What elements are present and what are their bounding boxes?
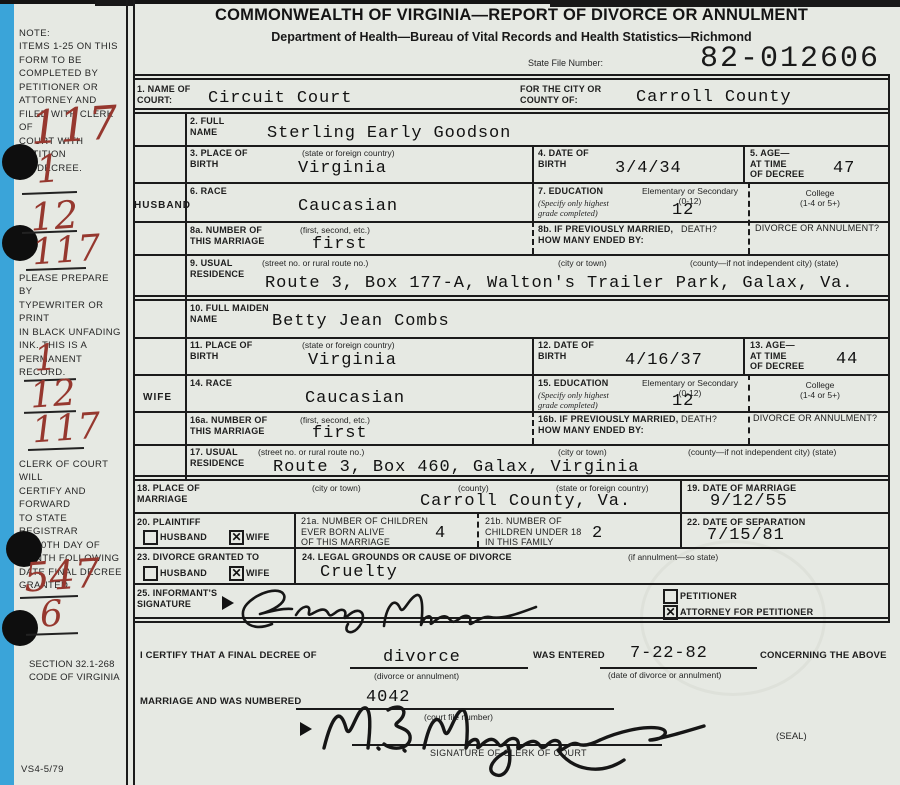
court-for-label: FOR THE CITY OR COUNTY OF:	[520, 84, 601, 105]
husband-age-label: 5. AGE— AT TIME OF DECREE	[750, 148, 804, 180]
wife-education-label: 15. EDUCATION	[538, 378, 608, 389]
wife-race-label: 14. RACE	[190, 378, 232, 389]
form-grid-line	[133, 182, 890, 184]
decree-type-sub: (divorce or annulment)	[374, 671, 459, 681]
husband-dob-label: 4. DATE OF BIRTH	[538, 148, 589, 169]
legal-grounds-sub: (if annulment—so state)	[628, 552, 718, 562]
form-grid-line	[133, 444, 890, 446]
plaintiff-wife-label: WIFE	[246, 532, 270, 542]
state-file-number-value: 82-012606	[700, 42, 880, 76]
husband-race-value: Caucasian	[298, 197, 398, 216]
form-grid-line	[477, 512, 479, 547]
form-grid-line	[680, 479, 682, 547]
signature-arrow-icon	[222, 596, 234, 610]
granted-husband-label: HUSBAND	[160, 568, 207, 578]
wife-birthplace-value: Virginia	[308, 351, 397, 370]
attorney-checkbox: ✕	[663, 605, 678, 620]
wife-age-label: 13. AGE— AT TIME OF DECREE	[750, 340, 804, 372]
form-title: COMMONWEALTH OF VIRGINIA—REPORT OF DIVOR…	[133, 6, 890, 25]
form-grid-line	[743, 337, 745, 374]
marriage-date-value: 9/12/55	[710, 492, 788, 511]
form-grid-line	[133, 299, 890, 301]
punch-hole	[2, 610, 38, 646]
decree-type-value: divorce	[383, 648, 461, 667]
divorce-report-scan: NOTE: ITEMS 1-25 ON THIS FORM TO BE COMP…	[0, 0, 900, 785]
children-under18-label: 21b. NUMBER OF CHILDREN UNDER 18 IN THIS…	[485, 516, 581, 548]
informant-signature-label: 25. INFORMANT'S SIGNATURE	[137, 588, 217, 609]
decree-date-sub: (date of divorce or annulment)	[608, 670, 721, 680]
form-grid-line	[133, 108, 890, 110]
marriage-place-value: Carroll County, Va.	[420, 492, 631, 511]
form-grid-line	[133, 74, 890, 76]
wife-section-label: WIFE	[143, 392, 172, 403]
decree-date-line	[600, 667, 757, 669]
clerk-signature	[312, 698, 712, 785]
children-under18-value: 2	[592, 524, 603, 543]
wife-residence-sub-city: (city or town)	[558, 447, 607, 457]
wife-prev-death-label: DEATH?	[681, 414, 717, 425]
plaintiff-wife-checkbox: ✕	[229, 530, 244, 545]
attorney-label: ATTORNEY FOR PETITIONER	[680, 607, 813, 617]
form-grid-line	[532, 411, 534, 444]
handwritten-number: 1	[35, 149, 62, 189]
wife-education-elementary-value: 12	[672, 392, 694, 411]
wife-residence-sub-county: (county—if not independent city) (state)	[688, 447, 836, 457]
husband-name-label: 2. FULL NAME	[190, 116, 224, 137]
husband-residence-sub-city: (city or town)	[558, 258, 607, 268]
wife-race-value: Caucasian	[305, 389, 405, 408]
seal-label: (SEAL)	[776, 731, 807, 742]
form-grid-line	[133, 337, 890, 339]
handwritten-number: 117	[31, 231, 102, 272]
marriage-place-sub-city: (city or town)	[312, 483, 361, 493]
husband-residence-sub-street: (street no. or rural route no.)	[262, 258, 368, 268]
handwritten-number: 6	[39, 596, 64, 634]
handwritten-number: 117	[31, 409, 102, 450]
wife-residence-value: Route 3, Box 460, Galax, Virginia	[273, 458, 639, 477]
husband-residence-value: Route 3, Box 177-A, Walton's Trailer Par…	[265, 274, 853, 293]
marriage-numbered-label: MARRIAGE AND WAS NUMBERED	[140, 696, 301, 707]
wife-education-sub: (Specify only highest grade completed)	[538, 390, 609, 410]
husband-prev-divorce-label: DIVORCE OR ANNULMENT?	[755, 223, 879, 234]
wife-birthplace-label: 11. PLACE OF BIRTH	[190, 340, 252, 361]
form-grid-line	[743, 145, 745, 182]
plaintiff-husband-label: HUSBAND	[160, 532, 207, 542]
state-file-number-label: State File Number:	[528, 58, 603, 69]
form-grid-line	[133, 374, 890, 376]
wife-residence-label: 17. USUAL RESIDENCE	[190, 447, 244, 468]
wife-birthplace-sub: (state or foreign country)	[302, 340, 395, 350]
husband-name-value: Sterling Early Goodson	[267, 124, 511, 143]
form-grid-line	[532, 145, 534, 221]
wife-dob-value: 4/16/37	[625, 351, 703, 370]
husband-prev-death-label: DEATH?	[681, 224, 717, 235]
petitioner-checkbox	[663, 589, 678, 604]
margin-form-code: VS4-5/79	[21, 763, 64, 776]
court-name-label: 1. NAME OF COURT:	[137, 84, 191, 105]
handwritten-number: 117	[29, 99, 120, 151]
granted-wife-checkbox: ✕	[229, 566, 244, 581]
children-born-value: 4	[435, 524, 446, 543]
court-name-value: Circuit Court	[208, 89, 352, 108]
decree-date-value: 7-22-82	[630, 644, 708, 663]
court-for-value: Carroll County	[636, 88, 791, 107]
handwritten-number: 1	[33, 340, 58, 378]
husband-previously-married-label: 8b. IF PREVIOUSLY MARRIED, HOW MANY ENDE…	[538, 224, 673, 245]
form-grid-line	[294, 512, 296, 583]
form-grid-line	[888, 74, 890, 623]
husband-marriage-number-value: first	[312, 235, 368, 254]
wife-residence-sub-street: (street no. or rural route no.)	[258, 447, 364, 457]
husband-marriage-number-sub: (first, second, etc.)	[300, 225, 370, 235]
plaintiff-husband-checkbox	[143, 530, 158, 545]
husband-birthplace-value: Virginia	[298, 159, 387, 178]
wife-age-value: 44	[836, 350, 858, 369]
handwritten-number: 547	[23, 553, 102, 598]
margin-section-code: SECTION 32.1-268 CODE OF VIRGINIA	[29, 658, 135, 685]
husband-education-elementary-value: 12	[672, 201, 694, 220]
was-entered-label: WAS ENTERED	[533, 650, 605, 661]
wife-marriage-number-value: first	[312, 424, 368, 443]
form-grid-line	[133, 254, 890, 256]
husband-residence-label: 9. USUAL RESIDENCE	[190, 258, 244, 279]
husband-race-label: 6. RACE	[190, 186, 227, 197]
form-grid-line	[133, 145, 890, 147]
husband-education-college-label: College (1-4 or 5+)	[765, 188, 875, 208]
wife-name-value: Betty Jean Combs	[272, 312, 450, 331]
legal-grounds-label: 24. LEGAL GROUNDS OR CAUSE OF DIVORCE	[302, 552, 512, 563]
wife-previously-married-label: 16b. IF PREVIOUSLY MARRIED, HOW MANY END…	[538, 414, 678, 435]
husband-birthplace-label: 3. PLACE OF BIRTH	[190, 148, 248, 169]
form-grid-line	[133, 479, 890, 481]
scan-left-blue-strip	[0, 0, 14, 785]
concerning-label: CONCERNING THE ABOVE	[760, 650, 887, 661]
form-grid-line	[185, 112, 187, 479]
divorce-granted-label: 23. DIVORCE GRANTED TO	[137, 552, 259, 563]
plaintiff-label: 20. PLAINTIFF	[137, 517, 201, 528]
husband-age-value: 47	[833, 159, 855, 178]
form-grid-line	[133, 295, 890, 297]
marriage-place-label: 18. PLACE OF MARRIAGE	[137, 483, 200, 504]
wife-education-college-label: College (1-4 or 5+)	[765, 380, 875, 400]
granted-husband-checkbox	[143, 566, 158, 581]
handwritten-underline	[26, 632, 78, 636]
wife-name-label: 10. FULL MAIDEN NAME	[190, 303, 269, 324]
informant-signature	[234, 580, 544, 642]
husband-residence-sub-county: (county—if not independent city) (state)	[690, 258, 838, 268]
wife-dob-label: 12. DATE OF BIRTH	[538, 340, 594, 361]
husband-education-sub: (Specify only highest grade completed)	[538, 198, 609, 218]
husband-dob-value: 3/4/34	[615, 159, 682, 178]
separation-date-value: 7/15/81	[707, 526, 785, 545]
form-grid-line	[133, 512, 890, 514]
husband-marriage-number-label: 8a. NUMBER OF THIS MARRIAGE	[190, 225, 265, 246]
form-grid-line	[133, 112, 890, 114]
wife-marriage-number-label: 16a. NUMBER OF THIS MARRIAGE	[190, 415, 267, 436]
husband-education-label: 7. EDUCATION	[538, 186, 603, 197]
form-grid-line	[532, 221, 534, 254]
granted-wife-label: WIFE	[246, 568, 270, 578]
form-grid-line	[133, 78, 890, 80]
clerk-signature-arrow-icon	[300, 722, 312, 736]
wife-prev-divorce-label: DIVORCE OR ANNULMENT?	[753, 413, 877, 424]
children-born-label: 21a. NUMBER OF CHILDREN EVER BORN ALIVE …	[301, 516, 428, 548]
form-grid-line	[532, 337, 534, 411]
certify-line-start: I CERTIFY THAT A FINAL DECREE OF	[140, 650, 317, 661]
husband-birthplace-sub: (state or foreign country)	[302, 148, 395, 158]
petitioner-label: PETITIONER	[680, 591, 737, 601]
decree-type-line	[350, 667, 528, 669]
husband-section-label: HUSBAND	[134, 200, 191, 211]
